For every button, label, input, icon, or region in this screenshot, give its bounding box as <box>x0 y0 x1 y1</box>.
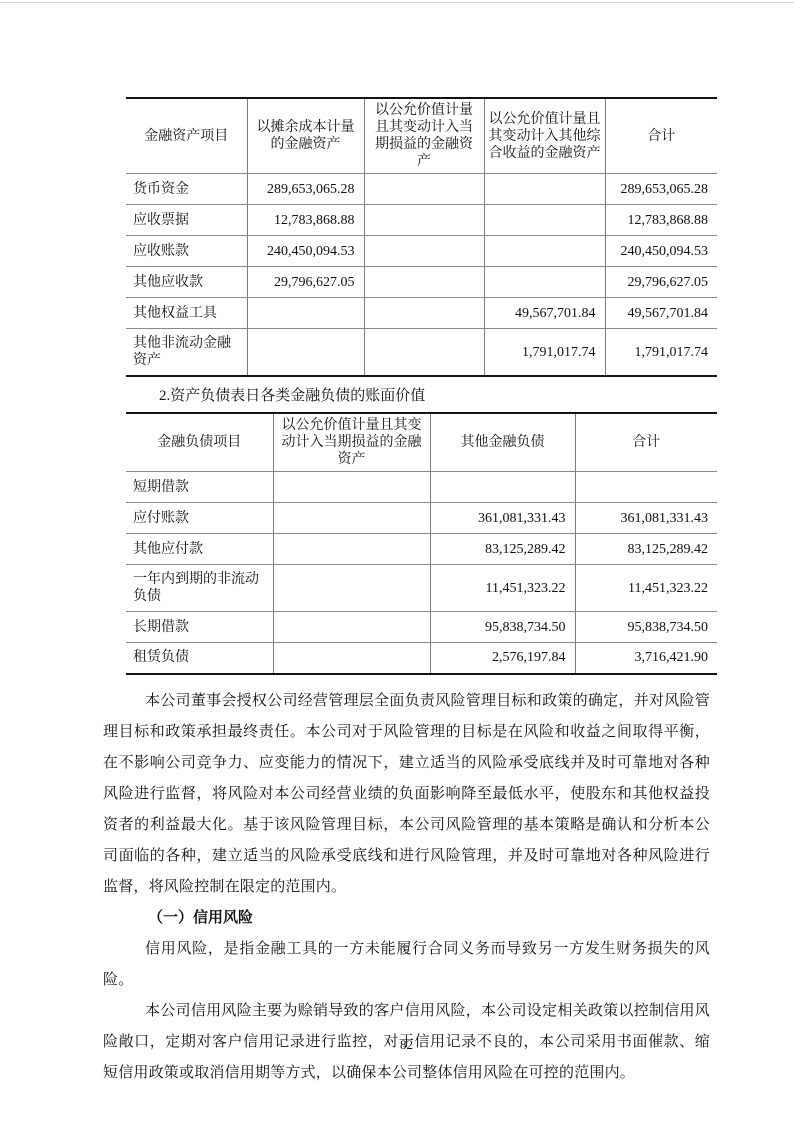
table-cell: 95,838,734.50 <box>575 612 717 643</box>
column-header: 以摊余成本计量的金融资产 <box>247 98 364 174</box>
table-cell <box>484 205 605 236</box>
table-cell: 361,081,331.43 <box>430 503 575 534</box>
table-cell <box>364 267 484 298</box>
section-caption: 2.资产负债表日各类金融负债的账面价值 <box>159 386 710 406</box>
table-row: 一年内到期的非流动负债 11,451,323.22 11,451,323.22 <box>126 565 717 612</box>
column-header: 以公允价值计量且其变动计入其他综合收益的金融资产 <box>484 98 605 174</box>
row-label: 短期借款 <box>126 472 273 503</box>
table-cell <box>273 472 430 503</box>
page-content: 金融资产项目 以摊余成本计量的金融资产 以公允价值计量且其变动计入当期损益的金融… <box>103 0 710 1089</box>
table-cell <box>273 503 430 534</box>
table-cell <box>484 267 605 298</box>
table-cell: 240,450,094.53 <box>605 236 717 267</box>
table-cell <box>273 534 430 565</box>
table-cell: 289,653,065.28 <box>605 174 717 205</box>
document-page: { "section1": { "table": { "headers": [ … <box>0 0 794 1122</box>
table-cell: 95,838,734.50 <box>430 612 575 643</box>
column-header: 合计 <box>575 413 717 472</box>
table-header-row: 金融负债项目 以公允价值计量且其变动计入当期损益的金融资产 其他金融负债 合计 <box>126 413 717 472</box>
table-row: 其他应收款 29,796,627.05 29,796,627.05 <box>126 267 717 298</box>
table-cell: 11,451,323.22 <box>575 565 717 612</box>
table-cell: 12,783,868.88 <box>605 205 717 236</box>
table-row: 其他应付款 83,125,289.42 83,125,289.42 <box>126 534 717 565</box>
table-cell: 83,125,289.42 <box>575 534 717 565</box>
table-cell: 83,125,289.42 <box>430 534 575 565</box>
table-cell: 3,716,421.90 <box>575 643 717 674</box>
table-cell <box>364 298 484 329</box>
row-label: 其他应收款 <box>126 267 247 298</box>
row-label: 其他应付款 <box>126 534 273 565</box>
table-cell <box>484 236 605 267</box>
row-label: 应付账款 <box>126 503 273 534</box>
table-cell <box>247 298 364 329</box>
table-row: 其他权益工具 49,567,701.84 49,567,701.84 <box>126 298 717 329</box>
column-header: 金融资产项目 <box>126 98 247 174</box>
table-cell <box>430 472 575 503</box>
row-label: 货币资金 <box>126 174 247 205</box>
table-row: 应收账款 240,450,094.53 240,450,094.53 <box>126 236 717 267</box>
table-cell <box>273 643 430 674</box>
table-cell <box>364 236 484 267</box>
column-header: 以公允价值计量且其变动计入当期损益的金融资产 <box>273 413 430 472</box>
risk-management-section: 本公司董事会授权公司经营管理层全面负责风险管理目标和政策的确定，并对风险管理目标… <box>103 686 710 903</box>
table-cell: 11,451,323.22 <box>430 565 575 612</box>
table-row: 应付账款 361,081,331.43 361,081,331.43 <box>126 503 717 534</box>
row-label: 一年内到期的非流动负债 <box>126 565 273 612</box>
financial-assets-table: 金融资产项目 以摊余成本计量的金融资产 以公允价值计量且其变动计入当期损益的金融… <box>126 97 717 377</box>
table-cell <box>273 612 430 643</box>
table-cell: 49,567,701.84 <box>484 298 605 329</box>
table-cell: 29,796,627.05 <box>605 267 717 298</box>
column-header: 其他金融负债 <box>430 413 575 472</box>
table-cell: 1,791,017.74 <box>605 329 717 377</box>
table-cell: 289,653,065.28 <box>247 174 364 205</box>
row-label: 应收账款 <box>126 236 247 267</box>
table-row: 短期借款 <box>126 472 717 503</box>
page-number: 82 <box>103 1037 710 1053</box>
risk-management-paragraph: 本公司董事会授权公司经营管理层全面负责风险管理目标和政策的确定，并对风险管理目标… <box>103 686 710 903</box>
table-cell: 29,796,627.05 <box>247 267 364 298</box>
table-cell <box>364 329 484 377</box>
table-cell <box>575 472 717 503</box>
row-label: 租赁负债 <box>126 643 273 674</box>
column-header: 以公允价值计量且其变动计入当期损益的金融资产 <box>364 98 484 174</box>
table-row: 其他非流动金融资产 1,791,017.74 1,791,017.74 <box>126 329 717 377</box>
financial-assets-section: 金融资产项目 以摊余成本计量的金融资产 以公允价值计量且其变动计入当期损益的金融… <box>103 0 710 377</box>
table-row: 应收票据 12,783,868.88 12,783,868.88 <box>126 205 717 236</box>
financial-liabilities-table: 金融负债项目 以公允价值计量且其变动计入当期损益的金融资产 其他金融负债 合计 … <box>126 412 717 675</box>
row-label: 其他非流动金融资产 <box>126 329 247 377</box>
table-cell <box>273 565 430 612</box>
column-header: 金融负债项目 <box>126 413 273 472</box>
table-cell: 12,783,868.88 <box>247 205 364 236</box>
table-cell: 240,450,094.53 <box>247 236 364 267</box>
table-cell <box>364 205 484 236</box>
credit-risk-definition-paragraph: 信用风险，是指金融工具的一方未能履行合同义务而导致另一方发生财务损失的风险。 <box>103 934 710 996</box>
row-label: 应收票据 <box>126 205 247 236</box>
table-row: 长期借款 95,838,734.50 95,838,734.50 <box>126 612 717 643</box>
table-cell: 1,791,017.74 <box>484 329 605 377</box>
table-cell: 2,576,197.84 <box>430 643 575 674</box>
table-cell <box>364 174 484 205</box>
table-cell: 49,567,701.84 <box>605 298 717 329</box>
table-row: 租赁负债 2,576,197.84 3,716,421.90 <box>126 643 717 674</box>
table-cell <box>484 174 605 205</box>
row-label: 长期借款 <box>126 612 273 643</box>
table-cell: 361,081,331.43 <box>575 503 717 534</box>
table-header-row: 金融资产项目 以摊余成本计量的金融资产 以公允价值计量且其变动计入当期损益的金融… <box>126 98 717 174</box>
column-header: 合计 <box>605 98 717 174</box>
credit-risk-heading: （一）信用风险 <box>148 903 710 934</box>
row-label: 其他权益工具 <box>126 298 247 329</box>
table-cell <box>247 329 364 377</box>
table-row: 货币资金 289,653,065.28 289,653,065.28 <box>126 174 717 205</box>
